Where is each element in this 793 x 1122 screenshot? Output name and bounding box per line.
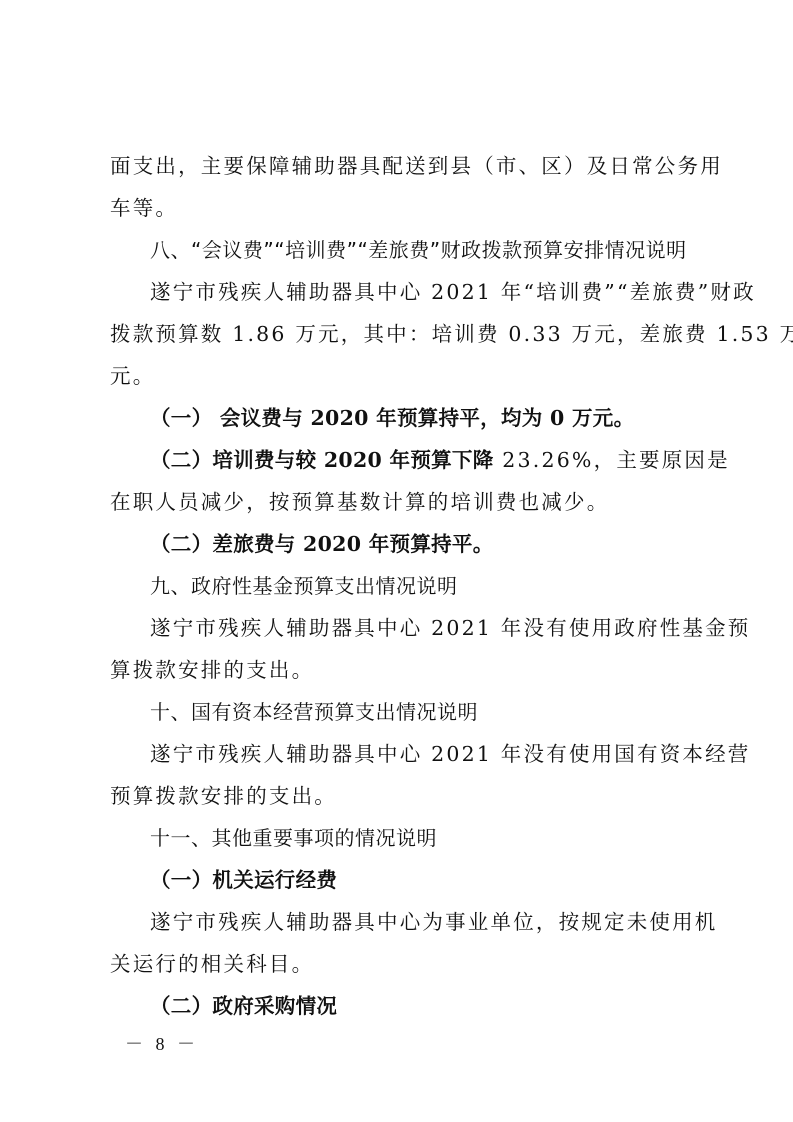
body-text-line: 遂宁市残疾人辅助器具中心 2021 年没有使用国有资本经营 <box>150 739 740 769</box>
section-heading-10: 十、国有资本经营预算支出情况说明 <box>150 697 740 727</box>
body-text-line: 遂宁市残疾人辅助器具中心 2021 年没有使用政府性基金预 <box>150 613 740 643</box>
body-text-line: 遂宁市残疾人辅助器具中心 2021 年“培训费”“差旅费”财政 <box>150 277 740 307</box>
document-page: 面支出，主要保障辅助器具配送到县（市、区）及日常公务用 车等。 八、“会议费”“… <box>0 0 793 1122</box>
body-text-line: 拨款预算数 1.86 万元，其中：培训费 0.33 万元，差旅费 1.53 万 <box>110 319 700 349</box>
body-text-line: 在职人员减少，按预算基数计算的培训费也减少。 <box>110 487 700 517</box>
section-heading-11: 十一、其他重要事项的情况说明 <box>150 823 740 853</box>
section-heading-9: 九、政府性基金预算支出情况说明 <box>150 571 740 601</box>
subheading-meeting-fee: （一） 会议费与 2020 年预算持平，均为 0 万元。 <box>150 403 740 433</box>
body-text-line: 遂宁市残疾人辅助器具中心为事业单位，按规定未使用机 <box>150 907 740 937</box>
subheading-regular-part: 23.26%，主要原因是 <box>494 448 730 472</box>
section-heading-8: 八、“会议费”“培训费”“差旅费”财政拨款预算安排情况说明 <box>150 235 740 265</box>
subheading-travel-fee: （二）差旅费与 2020 年预算持平。 <box>150 529 740 559</box>
body-text-line: 预算拨款安排的支出。 <box>110 781 700 811</box>
body-text-line: 关运行的相关科目。 <box>110 949 700 979</box>
body-text-line: 算拨款安排的支出。 <box>110 655 700 685</box>
subheading-bold-part: （二）培训费与较 2020 年预算下降 <box>150 448 494 472</box>
body-text-line: 元。 <box>110 361 700 391</box>
page-number: － 8 － <box>125 1030 199 1056</box>
body-text-line: 面支出，主要保障辅助器具配送到县（市、区）及日常公务用 <box>110 151 700 181</box>
subheading-training-fee: （二）培训费与较 2020 年预算下降 23.26%，主要原因是 <box>150 445 740 475</box>
subheading-procurement: （二）政府采购情况 <box>150 991 740 1021</box>
body-text-line: 车等。 <box>110 193 700 223</box>
subheading-operating-funds: （一）机关运行经费 <box>150 865 740 895</box>
